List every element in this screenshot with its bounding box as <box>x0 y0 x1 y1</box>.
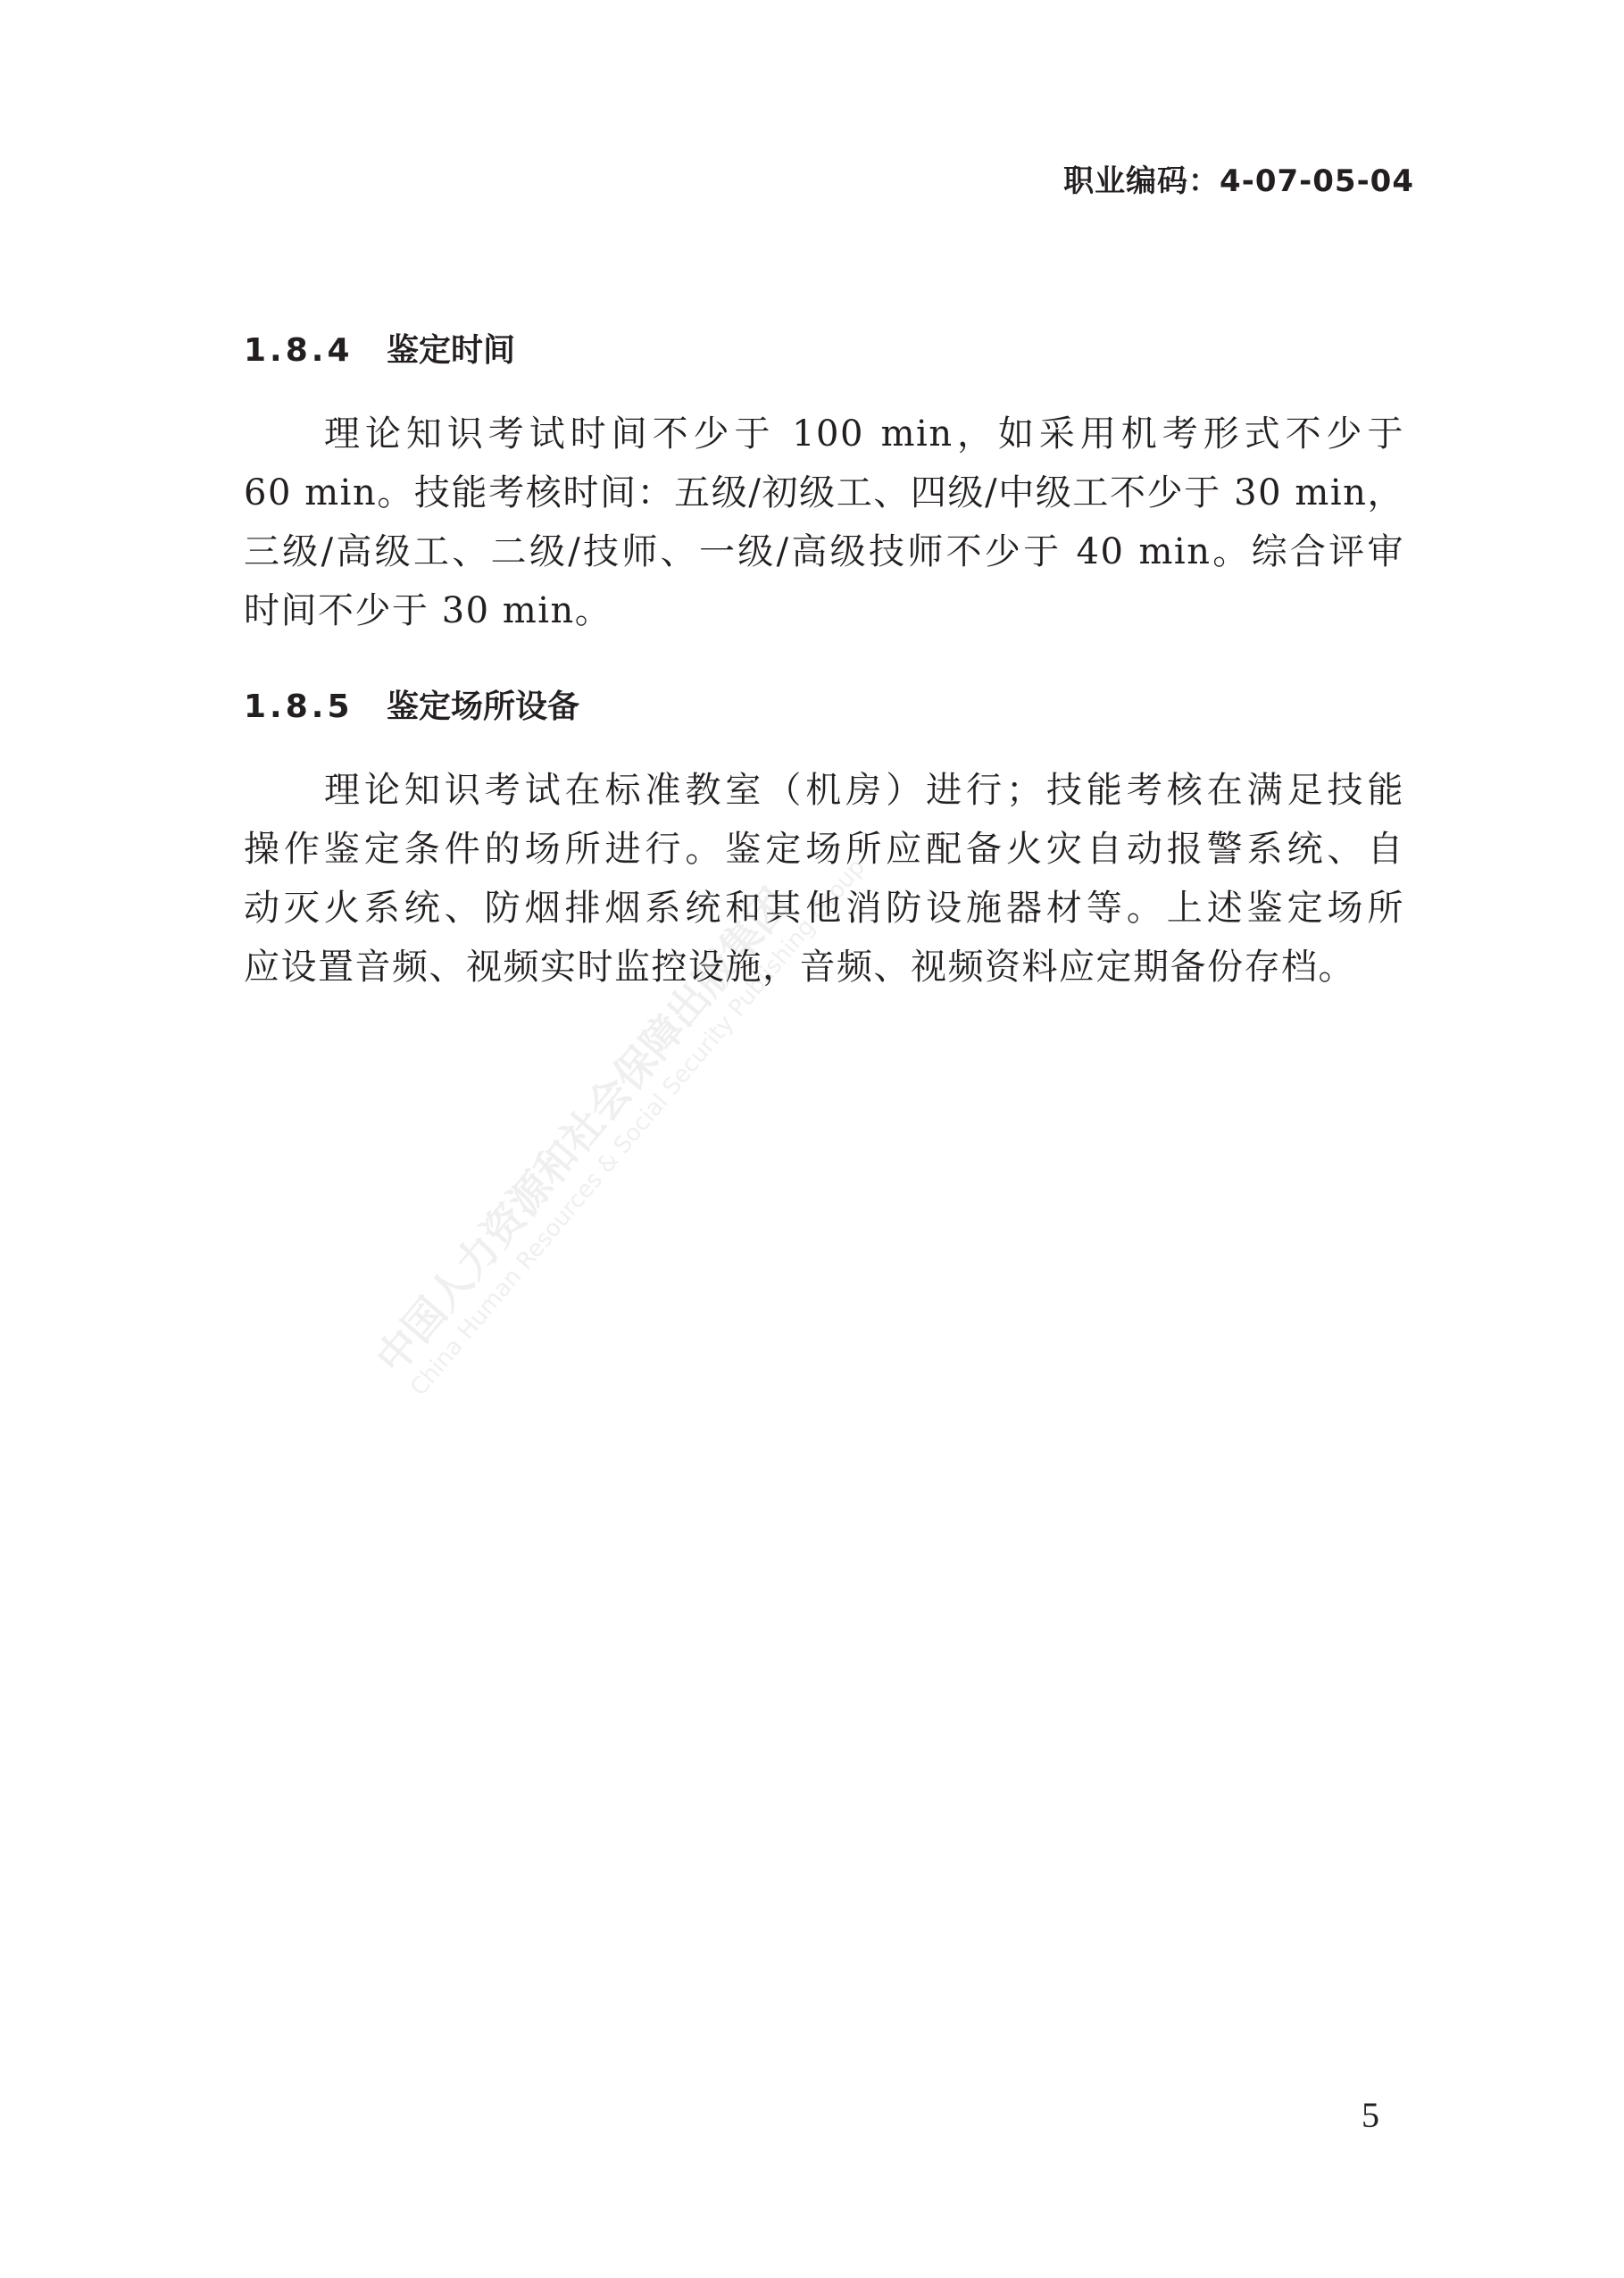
section-title: 鉴定时间 <box>387 332 515 369</box>
paragraph-line: 理论知识考试在标准教室（机房）进行；技能考核在满足技能 <box>244 761 1404 820</box>
section-heading-1-8-5: 1.8.5鉴定场所设备 <box>244 681 579 727</box>
section-paragraph-1-8-5: 理论知识考试在标准教室（机房）进行；技能考核在满足技能 操作鉴定条件的场所进行。… <box>244 761 1404 997</box>
page-number: 5 <box>1362 2094 1379 2136</box>
paragraph-line: 60 min。技能考核时间：五级/初级工、四级/中级工不少于 30 min， <box>244 463 1404 522</box>
section-paragraph-1-8-4: 理论知识考试时间不少于 100 min，如采用机考形式不少于 60 min。技能… <box>244 405 1404 640</box>
paragraph-line: 操作鉴定条件的场所进行。鉴定场所应配备火灾自动报警系统、自 <box>244 820 1404 879</box>
paragraph-line: 三级/高级工、二级/技师、一级/高级技师不少于 40 min。综合评审 <box>244 522 1404 581</box>
occupation-code: 职业编码：4-07-05-04 <box>1063 156 1414 200</box>
paragraph-line: 理论知识考试时间不少于 100 min，如采用机考形式不少于 <box>244 405 1404 463</box>
paragraph-line: 时间不少于 30 min。 <box>244 581 1404 640</box>
section-title: 鉴定场所设备 <box>387 688 579 725</box>
paragraph-line: 应设置音频、视频实时监控设施，音频、视频资料应定期备份存档。 <box>244 938 1404 997</box>
section-number: 1.8.4 <box>244 332 387 369</box>
section-number: 1.8.5 <box>244 688 387 725</box>
section-heading-1-8-4: 1.8.4鉴定时间 <box>244 325 515 371</box>
paragraph-line: 动灭火系统、防烟排烟系统和其他消防设施器材等。上述鉴定场所 <box>244 879 1404 938</box>
